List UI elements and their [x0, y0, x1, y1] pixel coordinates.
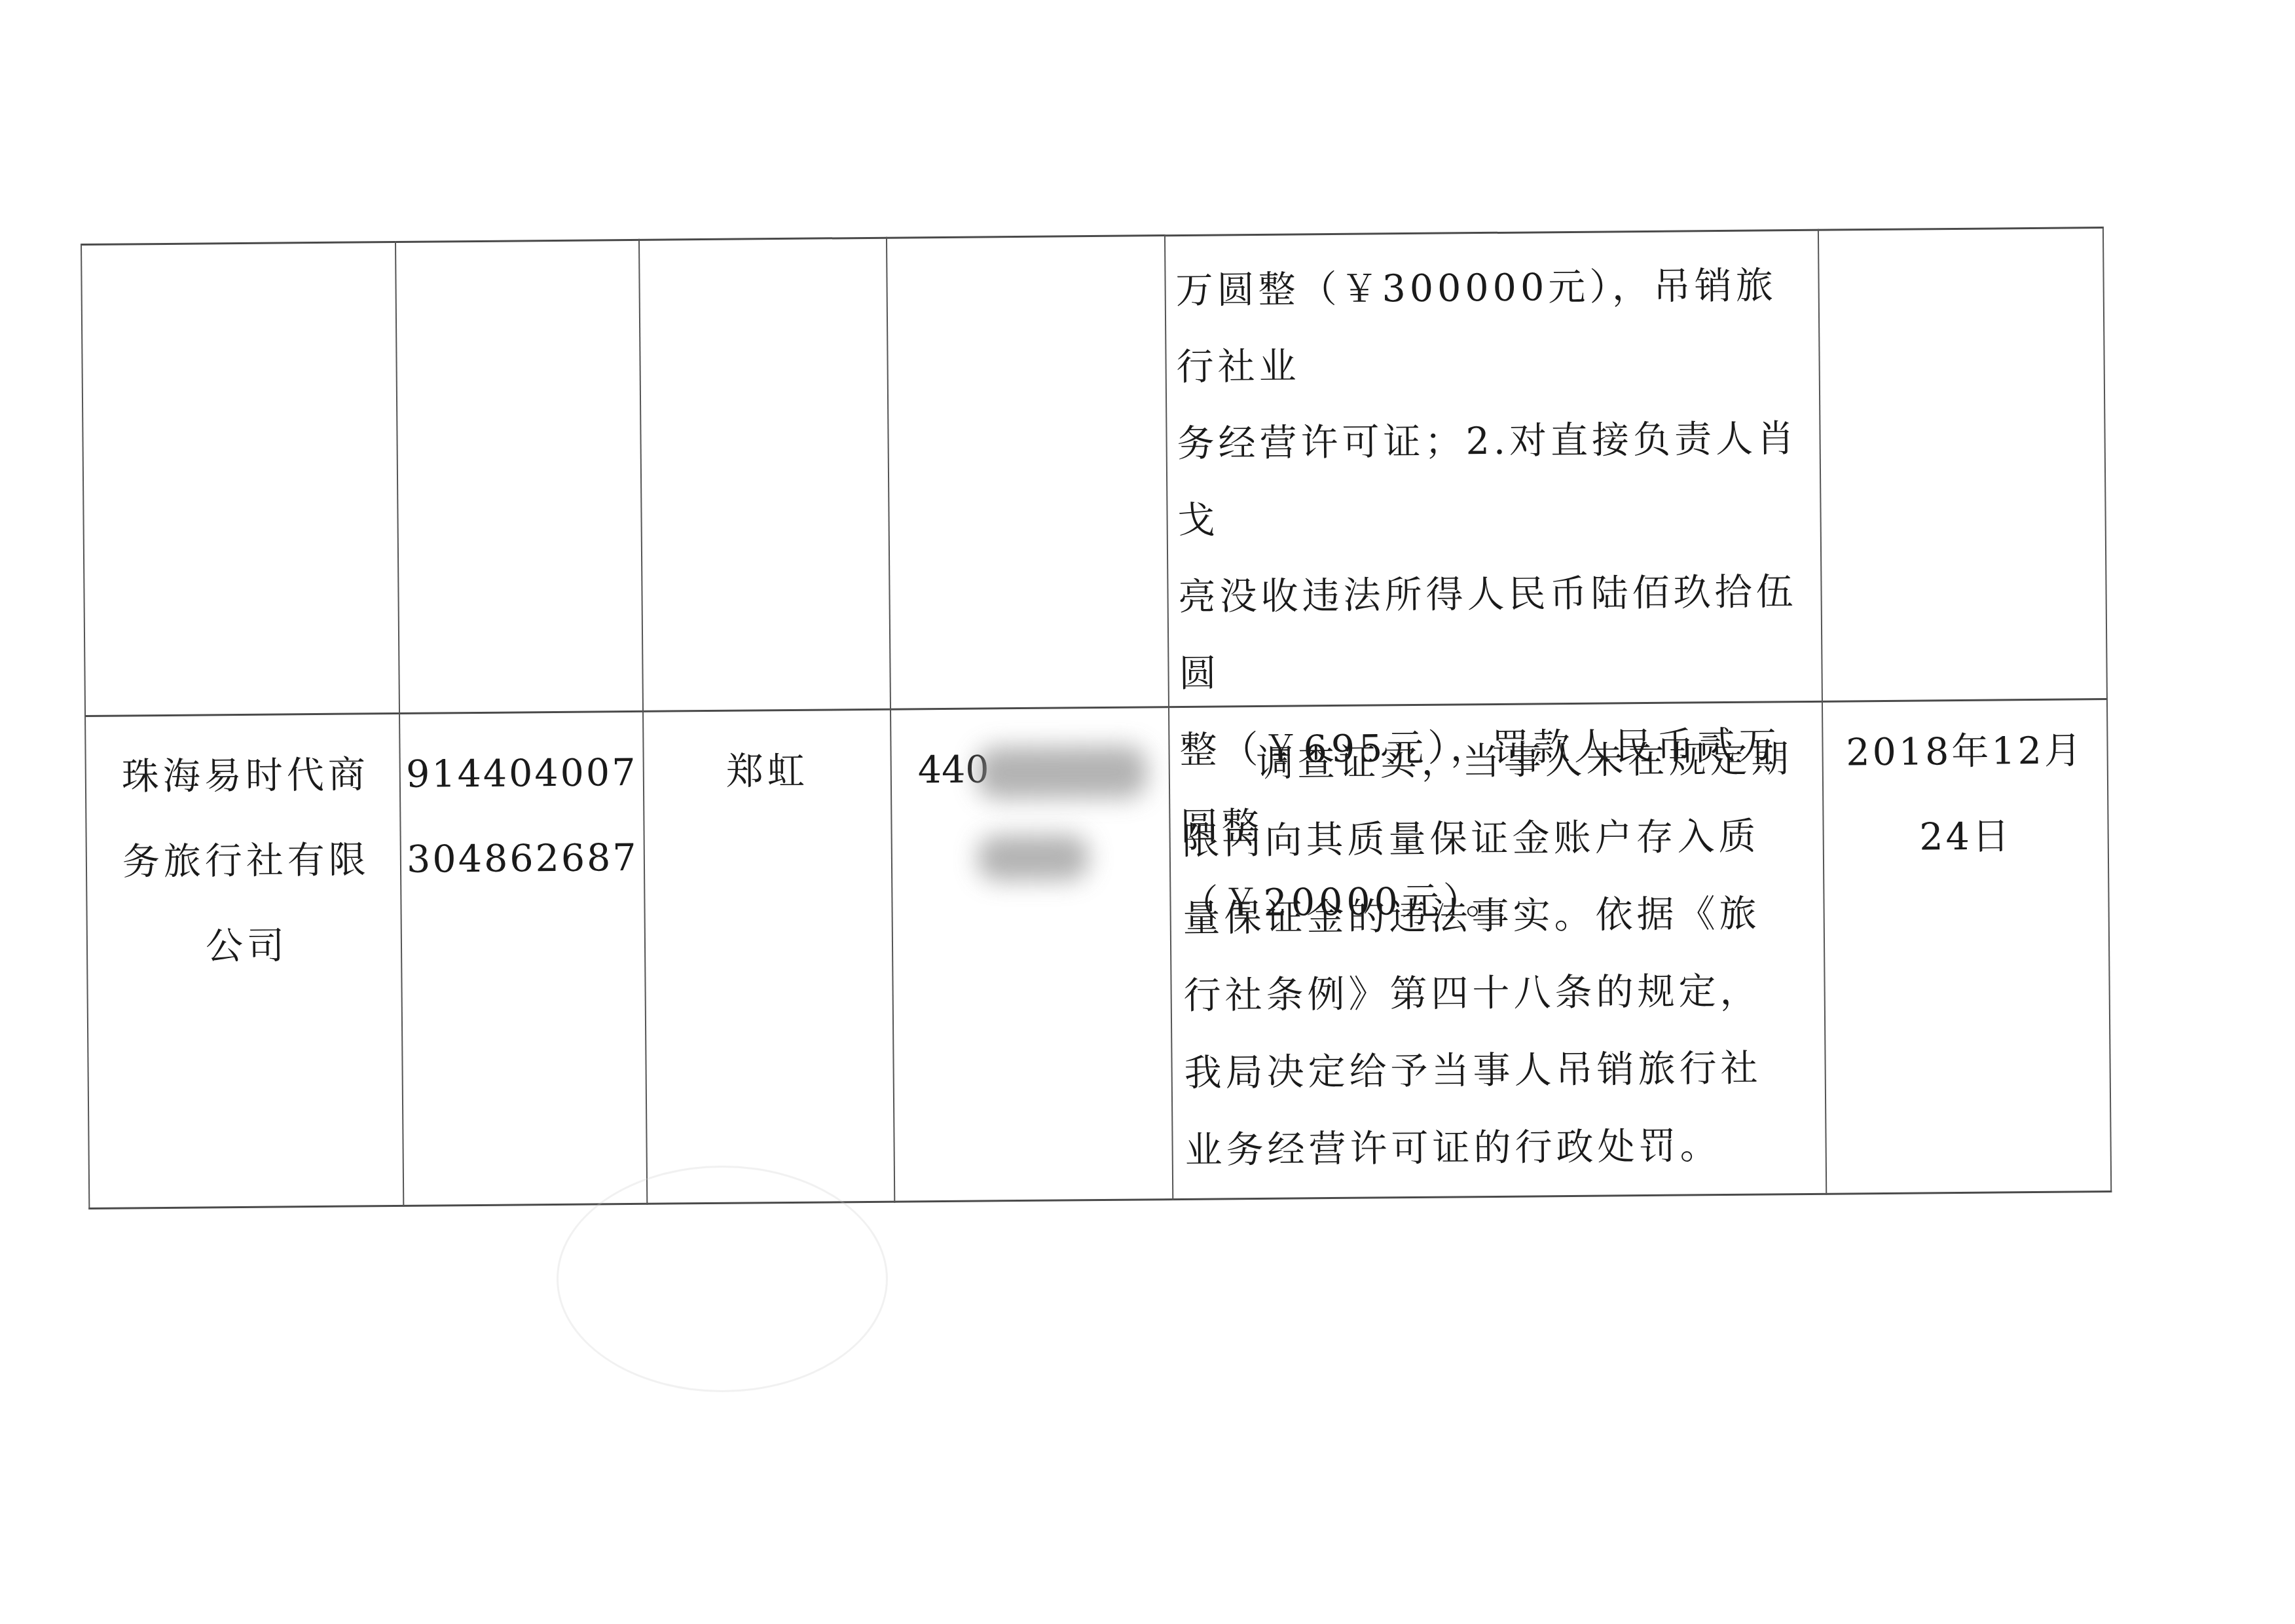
table-top-border — [81, 227, 2104, 246]
credit-code-line: 914404007 — [400, 730, 643, 817]
penalty-date-line: 24日 — [1824, 793, 2108, 881]
credit-code-line: 304862687 — [401, 815, 644, 902]
penalty-table: 万圆整（￥300000元），吊销旅行社业 务经营许可证；2.对直接负责人肖戈 亮… — [81, 227, 2112, 1209]
legal-representative-cell: 郑虹 — [644, 728, 890, 815]
column-divider-2 — [638, 239, 648, 1205]
penalty-line: 我局决定给予当事人吊销旅行社 — [1184, 1029, 1823, 1112]
penalty-line: 万圆整（￥300000元），吊销旅行社业 — [1175, 248, 1818, 406]
redacted-id-block — [976, 745, 1147, 799]
penalty-line: 调查证实，当事人未在规定期 — [1181, 720, 1820, 803]
penalty-line: 亮没收违法所得人民币陆佰玖拾伍圆 — [1178, 554, 1821, 712]
penalty-line: 业务经营许可证的行政处罚。 — [1184, 1107, 1824, 1189]
redacted-id-block — [978, 834, 1090, 881]
company-name-line: 珠海易时代商 — [91, 732, 399, 820]
column-divider-4 — [1164, 234, 1173, 1200]
penalty-line: 行社条例》第四十八条的规定， — [1183, 952, 1822, 1035]
company-name-cell: 珠海易时代商 务旅行社有限 公司 — [91, 732, 401, 990]
column-divider-3 — [886, 237, 895, 1203]
penalty-content-cell: 调查证实，当事人未在规定期 限内向其质量保证金账户存入质 量保证金的违法事实。依… — [1181, 720, 1824, 1189]
table-bottom-border — [88, 1190, 2112, 1209]
id-number-cell: 440 — [891, 726, 1169, 813]
company-name-line: 公司 — [92, 902, 401, 990]
table-left-border — [81, 244, 90, 1209]
penalty-date-cell: 2018年12月 24日 — [1823, 708, 2108, 881]
penalty-date-line: 2018年12月 — [1823, 708, 2107, 796]
company-name-line: 务旅行社有限 — [92, 817, 400, 905]
legal-representative-name: 郑虹 — [644, 728, 890, 815]
credit-code-cell: 914404007 304862687 — [400, 730, 644, 902]
column-divider-1 — [395, 241, 404, 1207]
penalty-line: 限内向其质量保证金账户存入质 — [1182, 798, 1821, 880]
document-page: 万圆整（￥300000元），吊销旅行社业 务经营许可证；2.对直接负责人肖戈 亮… — [0, 0, 2295, 1624]
penalty-line: 量保证金的违法事实。依据《旅 — [1183, 875, 1822, 957]
penalty-line: 务经营许可证；2.对直接负责人肖戈 — [1177, 401, 1820, 559]
official-seal-ghost — [557, 1166, 888, 1392]
